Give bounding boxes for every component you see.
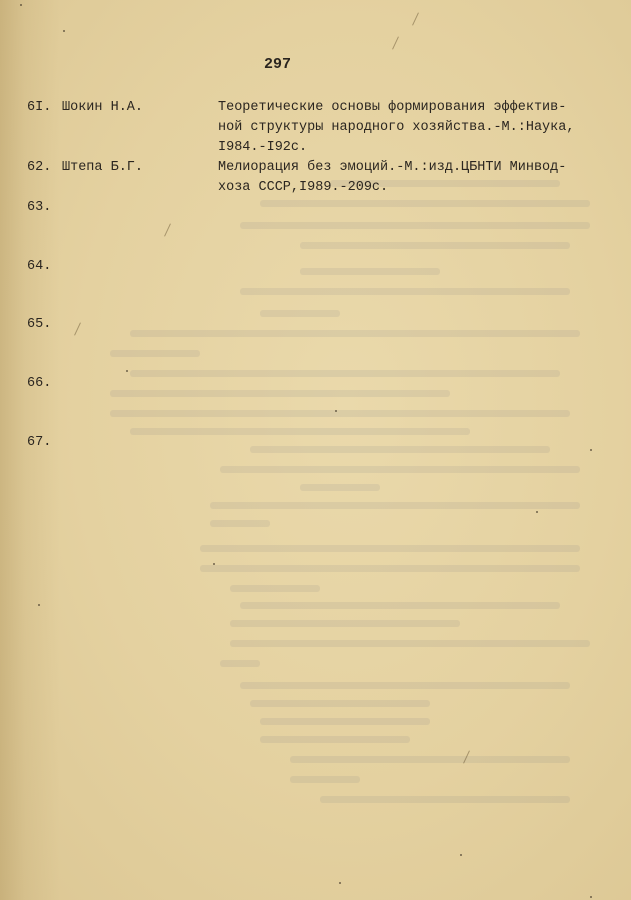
page-number: 297	[264, 56, 291, 73]
entry-author: Шокин Н.А.	[62, 100, 143, 115]
entry-author: Штепа Б.Г.	[62, 160, 143, 175]
entry-number: 67.	[27, 435, 51, 450]
entry-number: 63.	[27, 200, 51, 215]
entry-number: 6I.	[27, 100, 51, 115]
entry-reference: Теоретические основы формирования эффект…	[218, 98, 618, 158]
entry-number: 65.	[27, 317, 51, 332]
entry-reference: Мелиорация без эмоций.-М.:изд.ЦБНТИ Минв…	[218, 158, 618, 198]
entry-number: 66.	[27, 376, 51, 391]
document-page: 297 6I. Шокин Н.А. Теоретические основы …	[0, 0, 631, 900]
entry-number: 64.	[27, 259, 51, 274]
entry-number: 62.	[27, 160, 51, 175]
